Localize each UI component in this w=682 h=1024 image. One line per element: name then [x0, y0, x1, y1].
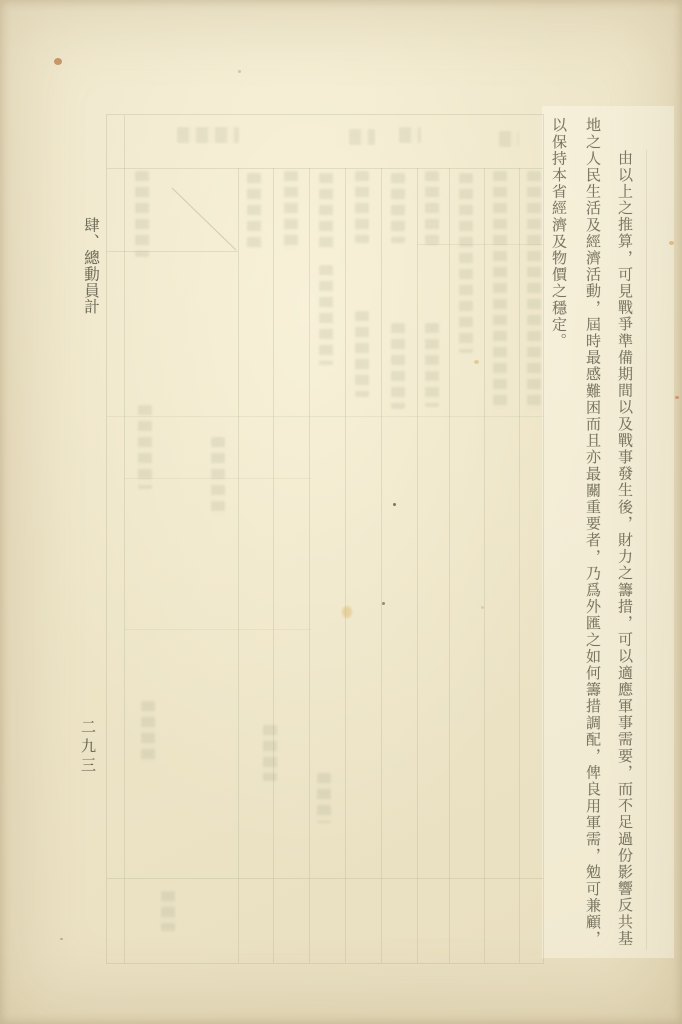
- ghost-table-vline: [345, 168, 346, 963]
- paper-stain: [54, 58, 62, 65]
- ghost-table-hline: [107, 251, 238, 252]
- page-number: 二九三: [73, 719, 101, 789]
- ghost-smudge: [399, 127, 421, 143]
- paper-stain: [342, 606, 352, 618]
- paper-stain: [481, 606, 484, 609]
- ghost-smudge: [355, 311, 369, 397]
- ghost-smudge: [141, 701, 155, 763]
- body-text-column-2: 地之人民生活及經濟活動，屆時最感難困而且亦最關重要者，乃爲外匯之如何籌措調配，俾…: [575, 117, 609, 947]
- ghost-table-hline: [107, 878, 543, 879]
- section-heading: 肆、總動員計: [77, 217, 103, 327]
- ghost-smudge: [493, 171, 507, 411]
- ghost-smudge: [138, 405, 152, 489]
- paper-stain: [669, 241, 674, 245]
- ghost-smudge: [391, 173, 405, 243]
- paper-stain: [474, 360, 479, 364]
- ghost-smudge: [247, 173, 261, 249]
- ghost-table-vline: [238, 168, 239, 963]
- ghost-table-hline: [124, 629, 311, 630]
- paper-speck: [393, 503, 396, 506]
- ghost-smudge: [263, 725, 277, 781]
- ghost-smudge: [355, 171, 369, 243]
- ghost-smudge: [319, 173, 333, 249]
- scanned-page: 由以上之推算，可見戰爭準備期間以及戰事發生後，財力之籌措，可以適應軍事需要，而不…: [0, 0, 682, 1024]
- ghost-table-vline: [417, 168, 418, 963]
- body-text-column-1: 由以上之推算，可見戰爭準備期間以及戰事發生後，財力之籌措，可以適應軍事需要，而不…: [607, 150, 641, 950]
- show-through-rule: [646, 150, 647, 950]
- paper-speck: [60, 938, 63, 940]
- ghost-smudge: [425, 323, 439, 407]
- ghost-table-hline: [107, 416, 543, 417]
- ghost-smudge: [177, 127, 239, 143]
- ghost-smudge: [349, 129, 375, 145]
- ghost-smudge: [284, 171, 298, 251]
- ghost-smudge: [135, 171, 149, 257]
- paper-speck: [238, 70, 241, 73]
- paper-speck: [382, 602, 385, 605]
- ghost-smudge: [459, 173, 473, 353]
- ghost-smudge: [319, 265, 333, 365]
- ghost-table-vline: [381, 168, 382, 963]
- ghost-smudge: [499, 131, 519, 147]
- ghost-smudge: [527, 171, 541, 411]
- ghost-table-vline: [449, 168, 450, 963]
- ghost-table-vline: [519, 168, 520, 963]
- paper-stain: [675, 396, 679, 399]
- ghost-smudge: [425, 171, 439, 245]
- ghost-table-vline: [309, 168, 310, 963]
- ghost-table: [106, 114, 544, 964]
- body-text-column-3: 以保持本省經濟及物價之穩定。: [541, 117, 575, 362]
- ghost-smudge: [317, 773, 331, 823]
- ghost-table-vline: [484, 168, 485, 963]
- ghost-smudge: [211, 437, 225, 517]
- ghost-smudge: [391, 323, 405, 409]
- ghost-smudge: [161, 891, 175, 931]
- ghost-table-vline: [273, 168, 274, 963]
